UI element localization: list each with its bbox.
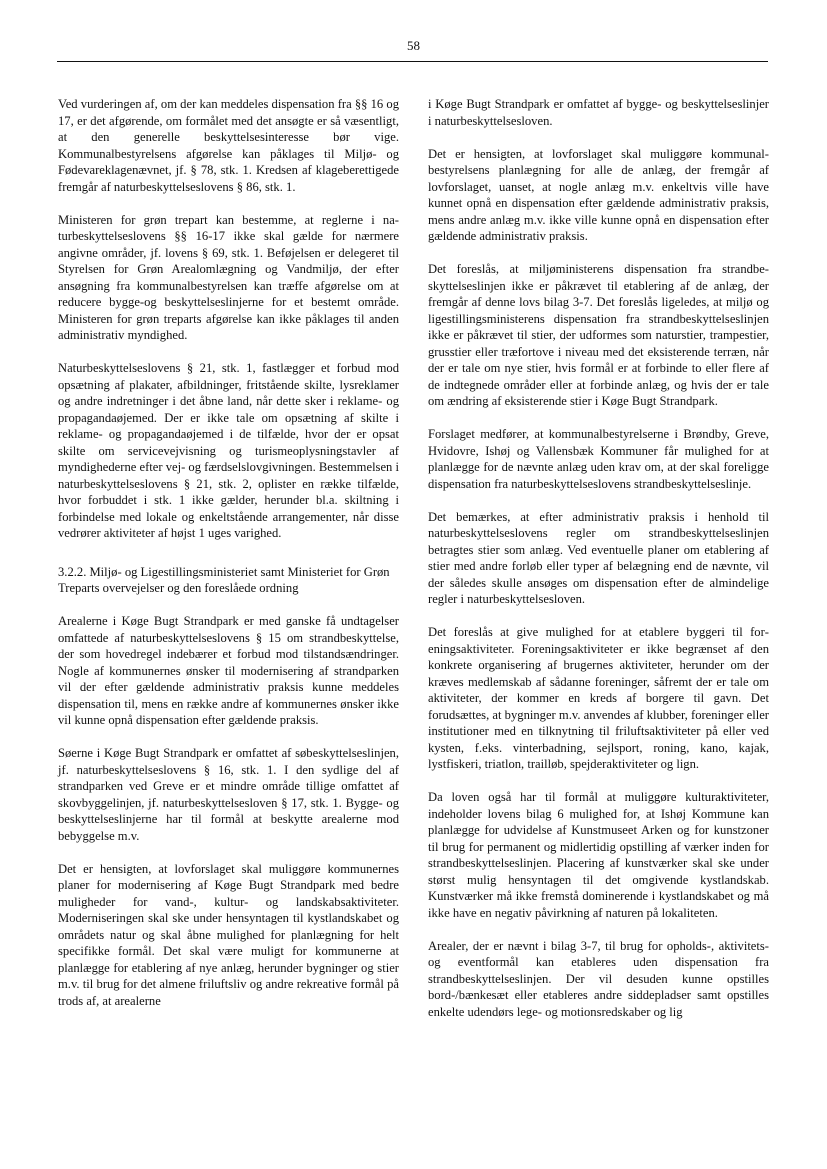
paragraph: Søerne i Køge Bugt Strandpark er omfatte…	[58, 745, 399, 844]
paragraph: Det foreslås at give mulighed for at eta…	[428, 624, 769, 773]
paragraph: Arealer, der er nævnt i bilag 3-7, til b…	[428, 938, 769, 1021]
left-column: Ved vurderingen af, om der kan meddeles …	[58, 96, 399, 1026]
paragraph: Det foreslås, at miljøministerens dispen…	[428, 261, 769, 410]
paragraph: Arealerne i Køge Bugt Strandpark er med …	[58, 613, 399, 729]
paragraph: Da loven også har til formål at muliggør…	[428, 789, 769, 921]
section-heading: 3.2.2. Miljø- og Ligestillingsministerie…	[58, 564, 399, 597]
paragraph: Ved vurderingen af, om der kan meddeles …	[58, 96, 399, 195]
paragraph: i Køge Bugt Strandpark er omfattet af by…	[428, 96, 769, 129]
page-number: 58	[0, 38, 827, 54]
paragraph: Naturbeskyttelseslovens § 21, stk. 1, fa…	[58, 360, 399, 542]
header-rule	[57, 61, 768, 62]
paragraph: Det er hensigten, at lovforslaget skal m…	[428, 146, 769, 245]
paragraph: Det er hensigten, at lovforslaget skal m…	[58, 861, 399, 1010]
paragraph: Forslaget medfører, at kommunalbestyrels…	[428, 426, 769, 492]
paragraph: Ministeren for grøn trepart kan bestemme…	[58, 212, 399, 344]
paragraph: Det bemærkes, at efter administrativ pra…	[428, 509, 769, 608]
right-column: i Køge Bugt Strandpark er omfattet af by…	[428, 96, 769, 1037]
